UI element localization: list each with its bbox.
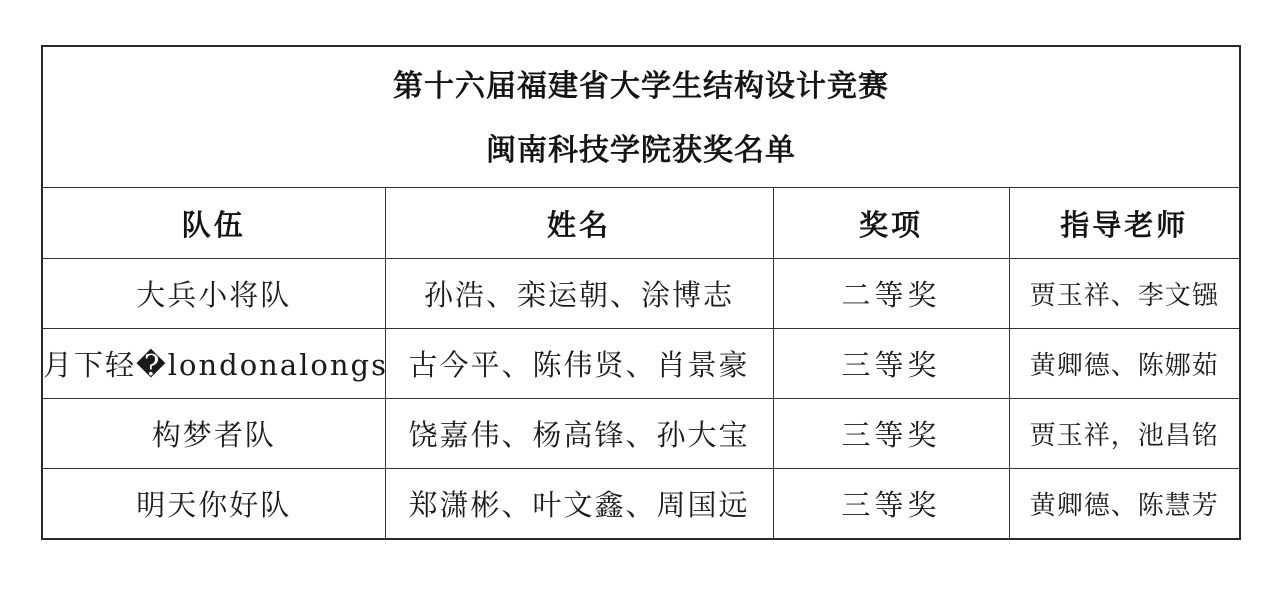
team-cell: 月下轻�londonalongside bbox=[42, 329, 385, 399]
table-row: 月下轻�londonalongside 古今平、陈伟贤、肖景豪 三等奖 黄卿德、… bbox=[42, 329, 1240, 399]
table-row: 大兵小将队 孙浩、栾运朝、涂博志 二等奖 贾玉祥、李文镪 bbox=[42, 259, 1240, 329]
award-cell: 三等奖 bbox=[773, 329, 1009, 399]
title-cell: 第十六届福建省大学生结构设计竞赛 闽南科技学院获奖名单 bbox=[42, 46, 1240, 188]
table-row: 明天你好队 郑潇彬、叶文鑫、周国远 三等奖 黄卿德、陈慧芳 bbox=[42, 469, 1240, 540]
document-title: 第十六届福建省大学生结构设计竞赛 bbox=[43, 72, 1239, 102]
names-cell: 饶嘉伟、杨高锋、孙大宝 bbox=[385, 399, 773, 469]
document-subtitle: 闽南科技学院获奖名单 bbox=[43, 136, 1239, 166]
column-header-award: 奖项 bbox=[773, 188, 1009, 259]
award-cell: 三等奖 bbox=[773, 399, 1009, 469]
names-cell: 古今平、陈伟贤、肖景豪 bbox=[385, 329, 773, 399]
award-list-table: 第十六届福建省大学生结构设计竞赛 闽南科技学院获奖名单 队伍 姓名 奖项 指导老… bbox=[41, 45, 1241, 540]
teacher-cell: 贾玉祥、李文镪 bbox=[1009, 259, 1240, 329]
table-header-row: 队伍 姓名 奖项 指导老师 bbox=[42, 188, 1240, 259]
title-row: 第十六届福建省大学生结构设计竞赛 闽南科技学院获奖名单 bbox=[42, 46, 1240, 188]
teacher-cell: 贾玉祥，池昌铭 bbox=[1009, 399, 1240, 469]
column-header-team: 队伍 bbox=[42, 188, 385, 259]
table-row: 构梦者队 饶嘉伟、杨高锋、孙大宝 三等奖 贾玉祥，池昌铭 bbox=[42, 399, 1240, 469]
column-header-names: 姓名 bbox=[385, 188, 773, 259]
names-cell: 郑潇彬、叶文鑫、周国远 bbox=[385, 469, 773, 540]
column-header-teacher: 指导老师 bbox=[1009, 188, 1240, 259]
teacher-cell: 黄卿德、陈慧芳 bbox=[1009, 469, 1240, 540]
teacher-cell: 黄卿德、陈娜茹 bbox=[1009, 329, 1240, 399]
award-cell: 三等奖 bbox=[773, 469, 1009, 540]
award-cell: 二等奖 bbox=[773, 259, 1009, 329]
team-cell: 构梦者队 bbox=[42, 399, 385, 469]
team-cell: 明天你好队 bbox=[42, 469, 385, 540]
team-cell: 大兵小将队 bbox=[42, 259, 385, 329]
names-cell: 孙浩、栾运朝、涂博志 bbox=[385, 259, 773, 329]
